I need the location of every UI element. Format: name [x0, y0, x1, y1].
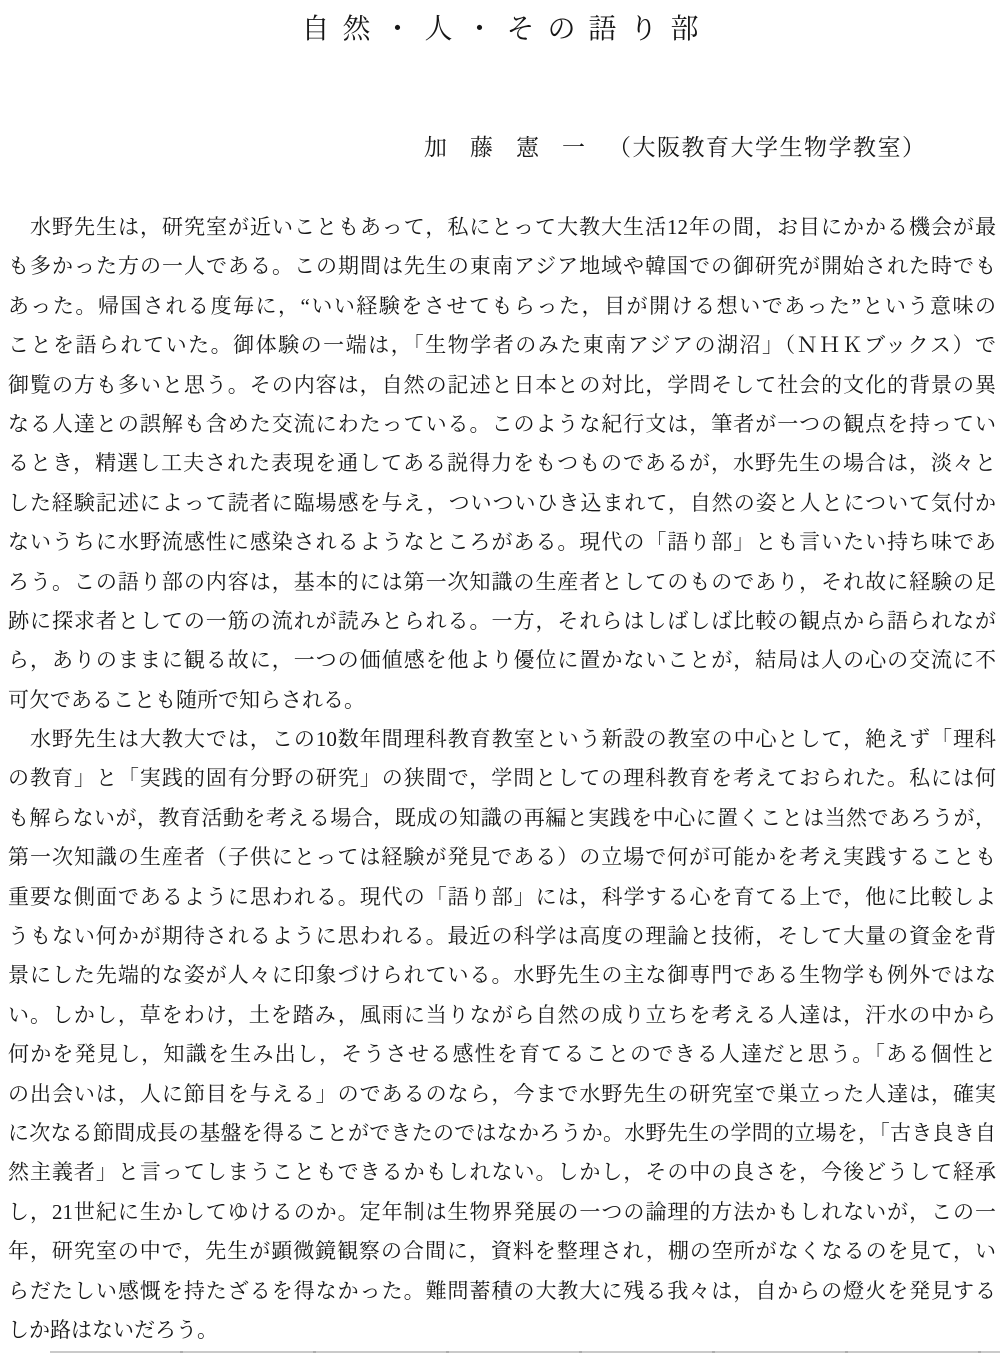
body-line: 御覧の方も多いと思う。その内容は，自然の記述と日本との対比，学問そして社会的文化…: [8, 366, 996, 405]
body-line: の出会いは，人に節目を与える」のであるのなら，今まで水野先生の研究室で巣立った人…: [8, 1075, 996, 1114]
document-page: 自然・人・その語り部 加藤憲一（大阪教育大学生物学教室） 水野先生は，研究室が近…: [0, 0, 1000, 1356]
body-line: し，21世紀に生かしてゆけるのか。定年制は生物界発展の一つの論理的方法かもしれな…: [8, 1193, 996, 1232]
body-line: ら，ありのままに観る故に，一つの価値感を他より優位に置かないことが，結局は人の心…: [8, 641, 996, 680]
body-line: 重要な側面であるように思われる。現代の「語り部」には，科学する心を育てる上で，他…: [8, 878, 996, 917]
author-line: 加藤憲一（大阪教育大学生物学教室）: [424, 132, 927, 164]
body-line: 何かを発見し，知識を生み出し，そうさせる感性を育てることのできる人達だと思う。「…: [8, 1035, 996, 1074]
author-name: 加藤憲一: [424, 135, 608, 160]
body-line: 水野先生は大教大では，この10数年間理科教育教室という新設の教室の中心として，絶…: [8, 720, 996, 759]
bottom-rule: [50, 1351, 1000, 1353]
body-line: の教育」と「実践的固有分野の研究」の狭間で，学問としての理科教育を考えておられた…: [8, 759, 996, 798]
body-line: しか路はないだろう。: [8, 1311, 996, 1350]
body-line: に次なる節間成長の基盤を得ることができたのではなかろうか。水野先生の学問的立場を…: [8, 1114, 996, 1153]
body-line: 可欠であることも随所で知らされる。: [8, 681, 996, 720]
page-title: 自然・人・その語り部: [0, 12, 1000, 48]
body-line: 年，研究室の中で，先生が顕微鏡観察の合間に，資料を整理され，棚の空所がなくなるの…: [8, 1232, 996, 1271]
body-line: 然主義者」と言ってしまうこともできるかもしれない。しかし，その中の良さを，今後ど…: [8, 1153, 996, 1192]
body-line: るとき，精選し工夫された表現を通してある説得力をもつものであるが，水野先生の場合…: [8, 444, 996, 483]
body-line: ないうちに水野流感性に感染されるようなところがある。現代の「語り部」とも言いたい…: [8, 523, 996, 562]
author-affiliation: （大阪教育大学生物学教室）: [608, 135, 927, 160]
essay-body: 水野先生は，研究室が近いこともあって，私にとって大教大生活12年の間，お目にかか…: [8, 208, 996, 1350]
body-line: なる人達との誤解も含めた交流にわたっている。このような紀行文は，筆者が一つの観点…: [8, 405, 996, 444]
body-line: も解らないが，教育活動を考える場合，既成の知識の再編と実践を中心に置くことは当然…: [8, 799, 996, 838]
body-line: ことを語られていた。御体験の一端は，「生物学者のみた東南アジアの湖沼」（ＮＨＫブ…: [8, 326, 996, 365]
body-line: い。しかし，草をわけ，土を踏み，風雨に当りながら自然の成り立ちを考える人達は，汗…: [8, 996, 996, 1035]
body-line: した経験記述によって読者に臨場感を与え，ついついひき込まれて，自然の姿と人とにつ…: [8, 484, 996, 523]
body-line: 跡に探求者としての一筋の流れが読みとられる。一方，それらはしばしば比較の観点から…: [8, 602, 996, 641]
body-line: あった。帰国される度毎に，“いい経験をさせてもらった，目が開ける想いであった”と…: [8, 287, 996, 326]
body-line: ろう。この語り部の内容は，基本的には第一次知識の生産者としてのものであり，それ故…: [8, 563, 996, 602]
body-line: うもない何かが期待されるように思われる。最近の科学は高度の理論と技術，そして大量…: [8, 917, 996, 956]
body-line: 水野先生は，研究室が近いこともあって，私にとって大教大生活12年の間，お目にかか…: [8, 208, 996, 247]
body-line: らだたしい感慨を持たざるを得なかった。難問蓄積の大教大に残る我々は，自からの燈火…: [8, 1272, 996, 1311]
body-line: 景にした先端的な姿が人々に印象づけられている。水野先生の主な御専門である生物学も…: [8, 956, 996, 995]
body-line: 第一次知識の生産者（子供にとっては経験が発見である）の立場で何が可能かを考え実践…: [8, 838, 996, 877]
body-line: も多かった方の一人である。この期間は先生の東南アジア地域や韓国での御研究が開始さ…: [8, 247, 996, 286]
